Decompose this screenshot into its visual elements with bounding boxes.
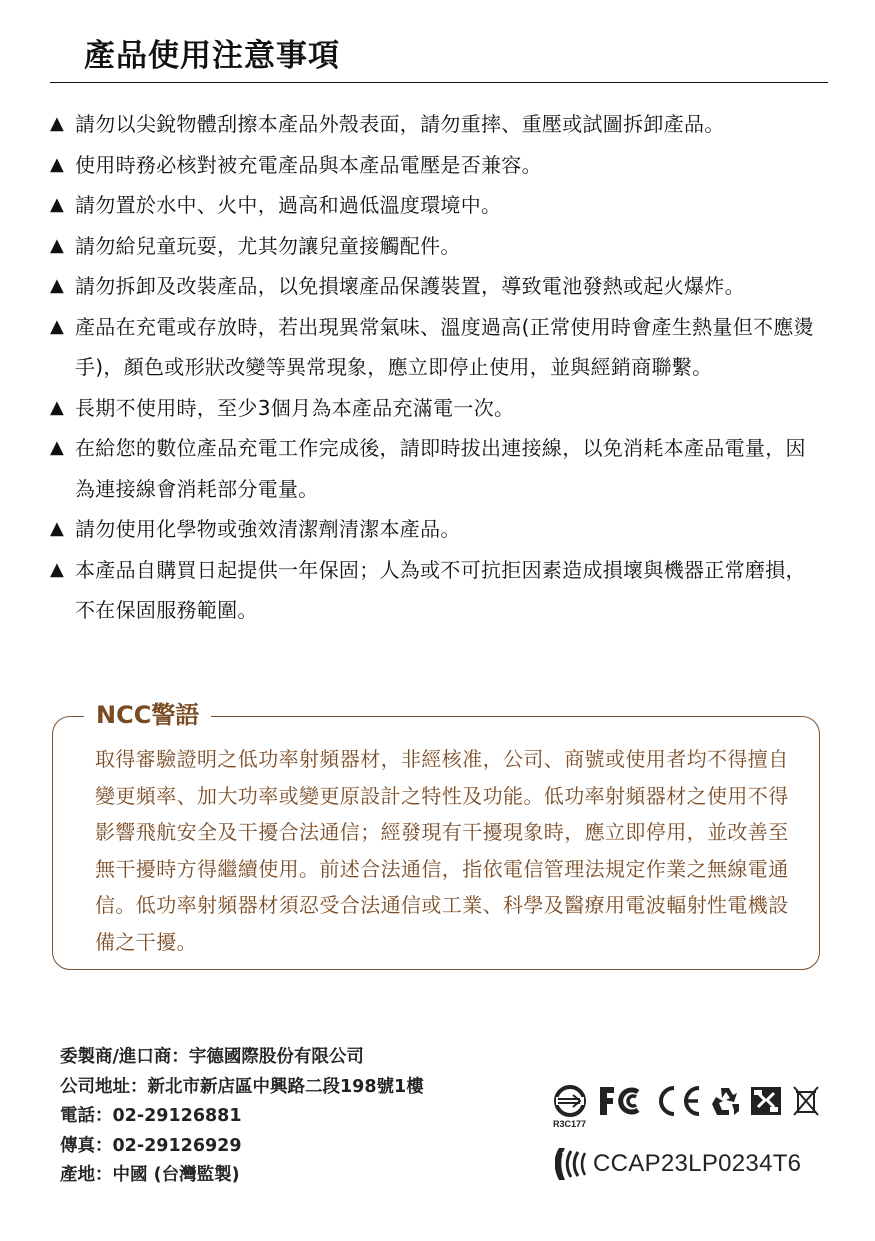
manufacturer-importer: 委製商/進口商：宇德國際股份有限公司 bbox=[60, 1043, 424, 1073]
country-of-origin: 產地：中國 (台灣監製) bbox=[60, 1161, 424, 1191]
page-title: 產品使用注意事項 bbox=[84, 30, 340, 75]
ce-icon bbox=[654, 1084, 704, 1118]
company-phone: 電話：02-29126881 bbox=[60, 1102, 424, 1132]
notice-list: ▲ 請勿以尖銳物體刮擦本產品外殼表面，請勿重摔、重壓或試圖拆卸產品。 ▲ 使用時… bbox=[50, 104, 850, 631]
ncc-warning-title: NCC警語 bbox=[84, 698, 211, 732]
notice-text: 在給您的數位產品充電工作完成後，請即時拔出連接線，以免消耗本產品電量，因為連接線… bbox=[75, 436, 806, 501]
recycle-icon bbox=[708, 1084, 742, 1118]
bsmi-icon bbox=[553, 1084, 587, 1118]
warning-triangle-icon: ▲ bbox=[50, 266, 64, 307]
notice-item: ▲ 請勿以尖銳物體刮擦本產品外殼表面，請勿重摔、重壓或試圖拆卸產品。 bbox=[50, 104, 850, 145]
fcc-icon bbox=[598, 1084, 648, 1118]
notice-item: ▲ 請勿拆卸及改裝產品，以免損壞產品保護裝置，導致電池發熱或起火爆炸。 bbox=[50, 266, 850, 307]
notice-item: ▲ 請勿使用化學物或強效清潔劑清潔本產品。 bbox=[50, 509, 850, 550]
notice-text: 請勿置於水中、火中，過高和過低溫度環境中。 bbox=[75, 193, 501, 217]
notice-text: 請勿拆卸及改裝產品，以免損壞產品保護裝置，導致電池發熱或起火爆炸。 bbox=[75, 274, 745, 298]
bsmi-code: R3C177 bbox=[553, 1119, 586, 1129]
warning-triangle-icon: ▲ bbox=[50, 145, 64, 186]
ncc-icon bbox=[555, 1146, 593, 1182]
notice-item: ▲ 長期不使用時，至少3個月為本產品充滿電一次。 bbox=[50, 388, 850, 429]
notice-item: ▲ 請勿給兒童玩耍，尤其勿讓兒童接觸配件。 bbox=[50, 226, 850, 267]
notice-item: ▲ 請勿置於水中、火中，過高和過低溫度環境中。 bbox=[50, 185, 850, 226]
title-divider bbox=[50, 82, 828, 83]
notice-text: 產品在充電或存放時，若出現異常氣味、溫度過高(正常使用時會產生熱量但不應燙手)，… bbox=[75, 315, 814, 380]
warning-triangle-icon: ▲ bbox=[50, 388, 64, 429]
notice-item: ▲ 本產品自購買日起提供一年保固；人為或不可抗拒因素造成損壞與機器正常磨損，不在… bbox=[50, 550, 815, 631]
warning-triangle-icon: ▲ bbox=[50, 185, 64, 226]
company-fax: 傳真：02-29126929 bbox=[60, 1132, 424, 1162]
weee-bin-icon bbox=[791, 1084, 821, 1118]
warning-triangle-icon: ▲ bbox=[50, 550, 64, 591]
ncc-approval-code: CCAP23LP0234T6 bbox=[593, 1150, 801, 1178]
notice-text: 請勿給兒童玩耍，尤其勿讓兒童接觸配件。 bbox=[75, 234, 461, 258]
battery-recycle-icon bbox=[749, 1084, 783, 1118]
notice-text: 請勿以尖銳物體刮擦本產品外殼表面，請勿重摔、重壓或試圖拆卸產品。 bbox=[75, 112, 725, 136]
company-address: 公司地址：新北市新店區中興路二段198號1樓 bbox=[60, 1073, 424, 1103]
warning-triangle-icon: ▲ bbox=[50, 226, 64, 267]
ncc-warning-text: 取得審驗證明之低功率射頻器材，非經核准，公司、商號或使用者均不得擅自變更頻率、加… bbox=[95, 741, 795, 960]
notice-text: 長期不使用時，至少3個月為本產品充滿電一次。 bbox=[75, 396, 514, 420]
notice-item: ▲ 使用時務必核對被充電產品與本產品電壓是否兼容。 bbox=[50, 145, 850, 186]
warning-triangle-icon: ▲ bbox=[50, 509, 64, 550]
notice-text: 請勿使用化學物或強效清潔劑清潔本產品。 bbox=[75, 517, 461, 541]
certification-marks: R3C177 CCAP23LP0234T6 bbox=[553, 1080, 833, 1190]
warning-triangle-icon: ▲ bbox=[50, 104, 64, 145]
warning-triangle-icon: ▲ bbox=[50, 428, 64, 469]
notice-item: ▲ 產品在充電或存放時，若出現異常氣味、溫度過高(正常使用時會產生熱量但不應燙手… bbox=[50, 307, 830, 388]
company-info: 委製商/進口商：宇德國際股份有限公司 公司地址：新北市新店區中興路二段198號1… bbox=[60, 1043, 424, 1191]
warning-triangle-icon: ▲ bbox=[50, 307, 64, 348]
notice-text: 使用時務必核對被充電產品與本產品電壓是否兼容。 bbox=[75, 153, 542, 177]
notice-text: 本產品自購買日起提供一年保固；人為或不可抗拒因素造成損壞與機器正常磨損，不在保固… bbox=[75, 558, 806, 623]
notice-item: ▲ 在給您的數位產品充電工作完成後，請即時拔出連接線，以免消耗本產品電量，因為連… bbox=[50, 428, 825, 509]
